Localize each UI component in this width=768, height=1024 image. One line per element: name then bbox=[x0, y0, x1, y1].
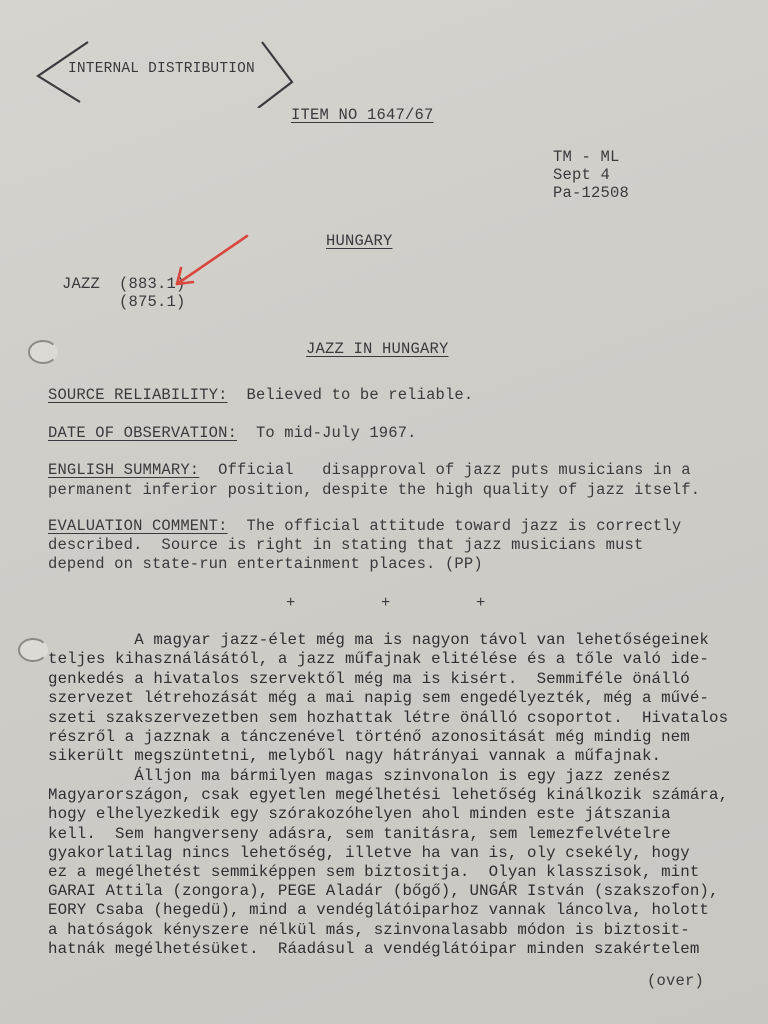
ref-line-3: Pa-12508 bbox=[553, 184, 629, 202]
field-label: DATE OF OBSERVATION: bbox=[48, 424, 237, 442]
subject-label: JAZZ bbox=[62, 275, 100, 293]
body-line: Magyarországon, csak egyetlen megélhetés… bbox=[48, 786, 728, 804]
item-number: ITEM NO 1647/67 bbox=[291, 106, 434, 124]
field-value: To mid-July 1967. bbox=[256, 424, 417, 442]
continuation-note: (over) bbox=[647, 972, 704, 990]
red-arrow-annotation-icon bbox=[165, 232, 255, 292]
field-source-reliability: SOURCE RELIABILITY: Believed to be relia… bbox=[48, 386, 473, 404]
field-value: Official disapproval of jazz puts musici… bbox=[218, 461, 691, 479]
field-english-summary-cont: permanent inferior position, despite the… bbox=[48, 481, 700, 499]
body-line: EORY Csaba (hegedü), mind a vendéglátóip… bbox=[48, 901, 709, 919]
body-line: gyakorlatilag nincs lehetőség, illetve h… bbox=[48, 844, 690, 862]
body-line: részről a jazznak a tánczenével történő … bbox=[48, 728, 690, 746]
body-line: A magyar jazz-élet még ma is nagyon távo… bbox=[48, 631, 709, 649]
document-title: JAZZ IN HUNGARY bbox=[306, 340, 449, 358]
ref-line-1: TM - ML bbox=[553, 148, 620, 166]
body-line: ez a megélhetést semmiképpen sem biztosi… bbox=[48, 863, 699, 881]
body-line: sikerült megszüntetni, melyből nagy hátr… bbox=[48, 747, 661, 765]
field-value: The official attitude toward jazz is cor… bbox=[247, 517, 682, 535]
body-line: szervezet létrehozását még a mai napig s… bbox=[48, 689, 709, 707]
section-separator: + + + bbox=[286, 594, 486, 612]
body-line: GARAI Attila (zongora), PEGE Aladár (bőg… bbox=[48, 882, 719, 900]
field-evaluation-comment: EVALUATION COMMENT: The official attitud… bbox=[48, 517, 681, 535]
body-line: a hatóságok kényszere nélkül más, szinvo… bbox=[48, 921, 690, 939]
distribution-stamp: INTERNAL DISTRIBUTION bbox=[68, 61, 255, 77]
body-line: hatnák megélhetésüket. Ráadásul a vendég… bbox=[48, 940, 699, 958]
field-label: SOURCE RELIABILITY: bbox=[48, 386, 228, 404]
body-line: hogy elhelyezkedik egy szórakozóhelyen a… bbox=[48, 805, 671, 823]
document-page: INTERNAL DISTRIBUTION ITEM NO 1647/67 TM… bbox=[0, 0, 768, 1024]
ref-line-2: Sept 4 bbox=[553, 166, 610, 184]
subject-code-2: (875.1) bbox=[119, 293, 186, 311]
field-date-of-observation: DATE OF OBSERVATION: To mid-July 1967. bbox=[48, 424, 417, 442]
field-evaluation-comment-cont-2: depend on state-run entertainment places… bbox=[48, 555, 483, 573]
body-line: teljes kihasználásától, a jazz műfajnak … bbox=[48, 650, 709, 668]
body-line: genkedés a hivatalos szervektől még ma i… bbox=[48, 670, 690, 688]
body-line: szeti szakszervezetben sem hozhattak lét… bbox=[48, 709, 728, 727]
country-heading: HUNGARY bbox=[326, 232, 393, 250]
field-evaluation-comment-cont-1: described. Source is right in stating th… bbox=[48, 536, 643, 554]
field-label: EVALUATION COMMENT: bbox=[48, 517, 228, 535]
punch-hole-icon bbox=[18, 638, 48, 662]
punch-hole-icon bbox=[28, 340, 58, 364]
body-line: Álljon ma bármilyen magas szinvonalon is… bbox=[48, 767, 671, 785]
field-english-summary: ENGLISH SUMMARY: Official disapproval of… bbox=[48, 461, 691, 479]
field-value: Believed to be reliable. bbox=[247, 386, 474, 404]
field-label: ENGLISH SUMMARY: bbox=[48, 461, 199, 479]
body-line: kell. Sem hangverseny adásra, sem tanitá… bbox=[48, 825, 671, 843]
